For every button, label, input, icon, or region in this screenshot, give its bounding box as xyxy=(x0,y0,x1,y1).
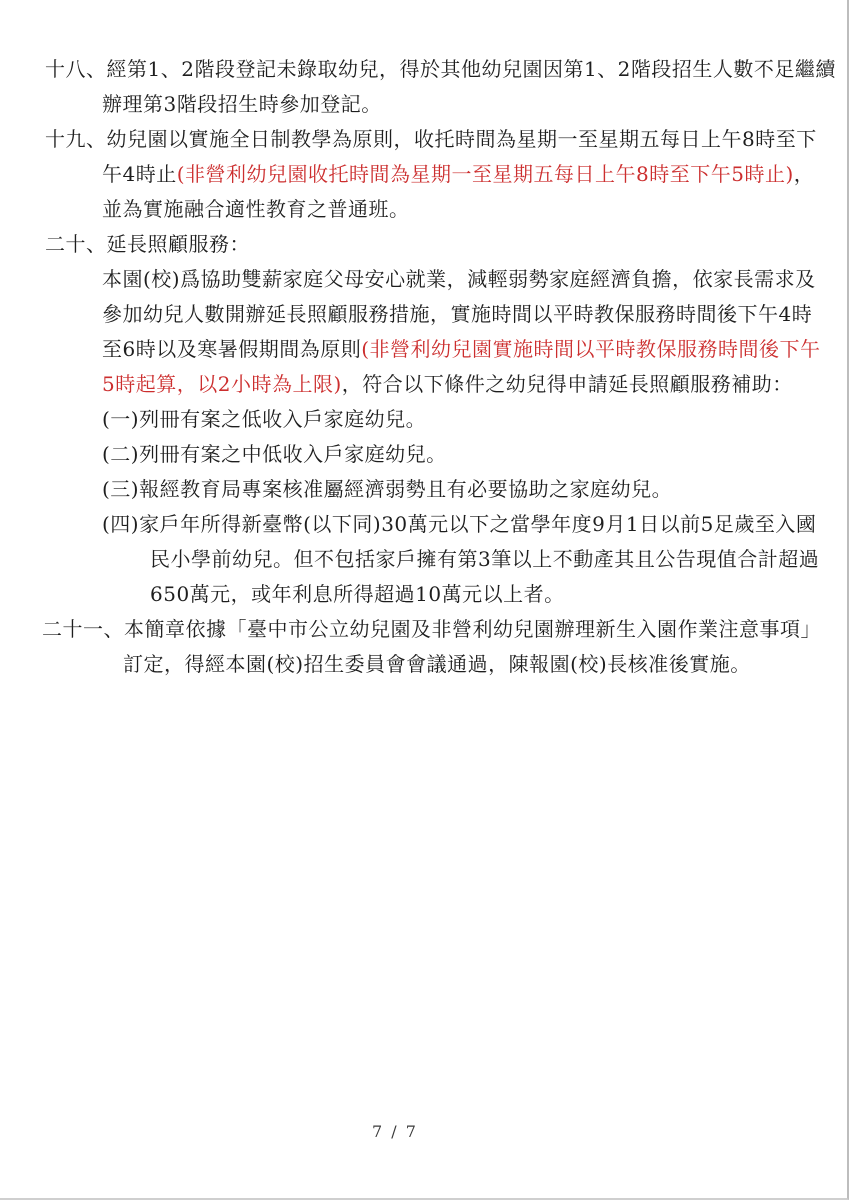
text-segment: ， xyxy=(794,162,815,186)
text-line-17: 二十一、本簡章依據「臺中市公立幼兒園及非營利幼兒園辦理新生入園作業注意事項」 xyxy=(42,612,849,647)
text-segment: (四)家戶年所得新臺幣(以下同)30萬元以下之當學年度9月1日以前5足歲至入國 xyxy=(102,512,816,536)
red-text-segment: (非營利幼兒園實施時間以平時教保服務時間後下午 xyxy=(361,337,820,361)
text-line-13: (三)報經教育局專案核准屬經濟弱勢且有必要協助之家庭幼兒。 xyxy=(102,472,849,507)
text-segment: 民小學前幼兒。但不包括家戶擁有第3筆以上不動產其且公告現值合計超過 xyxy=(150,547,819,571)
red-text-segment: 5時起算，以2小時為上限) xyxy=(102,372,342,396)
red-text-segment: (非營利幼兒園收托時間為星期一至星期五每日上午8時至下午5時止) xyxy=(177,162,794,186)
text-line-7: 本園(校)爲協助雙薪家庭父母安心就業，減輕弱勢家庭經濟負擔，依家長需求及 xyxy=(102,262,849,297)
text-segment: 十八、經第1、2階段登記未錄取幼兒，得於其他幼兒園因第1、2階段招生人數不足繼續 xyxy=(45,57,836,81)
text-segment: 參加幼兒人數開辦延長照顧服務措施，實施時間以平時教保服務時間後下午4時 xyxy=(102,302,812,326)
document-page: 十八、經第1、2階段登記未錄取幼兒，得於其他幼兒園因第1、2階段招生人數不足繼續… xyxy=(0,0,849,1200)
text-segment: (三)報經教育局專案核准屬經濟弱勢且有必要協助之家庭幼兒。 xyxy=(102,477,672,501)
text-segment: 並為實施融合適性教育之普通班。 xyxy=(102,197,410,221)
text-line-18: 訂定，得經本園(校)招生委員會會議通過，陳報園(校)長核准後實施。 xyxy=(123,647,849,682)
text-segment: (一)列冊有案之低收入戶家庭幼兒。 xyxy=(102,407,426,431)
text-segment: 二十一、本簡章依據「臺中市公立幼兒園及非營利幼兒園辦理新生入園作業注意事項」 xyxy=(42,617,821,641)
text-segment: 本園(校)爲協助雙薪家庭父母安心就業，減輕弱勢家庭經濟負擔，依家長需求及 xyxy=(102,267,816,291)
text-segment: (二)列冊有案之中低收入戶家庭幼兒。 xyxy=(102,442,447,466)
text-segment: 650萬元，或年利息所得超過10萬元以上者。 xyxy=(150,582,565,606)
text-segment: ，符合以下條件之幼兒得申請延長照顧服務補助： xyxy=(342,372,793,396)
text-line-6: 二十、延長照顧服務： xyxy=(45,227,849,262)
text-line-1: 十八、經第1、2階段登記未錄取幼兒，得於其他幼兒園因第1、2階段招生人數不足繼續 xyxy=(45,52,849,87)
text-line-8: 參加幼兒人數開辦延長照顧服務措施，實施時間以平時教保服務時間後下午4時 xyxy=(102,297,849,332)
text-line-15: 民小學前幼兒。但不包括家戶擁有第3筆以上不動產其且公告現值合計超過 xyxy=(150,542,849,577)
page-number: 7 / 7 xyxy=(0,1122,790,1141)
text-segment: 午4時止 xyxy=(102,162,177,186)
document-text-block: 十八、經第1、2階段登記未錄取幼兒，得於其他幼兒園因第1、2階段招生人數不足繼續… xyxy=(0,52,849,682)
text-line-11: (一)列冊有案之低收入戶家庭幼兒。 xyxy=(102,402,849,437)
text-line-3: 十九、幼兒園以實施全日制教學為原則，收托時間為星期一至星期五每日上午8時至下 xyxy=(45,122,849,157)
text-line-12: (二)列冊有案之中低收入戶家庭幼兒。 xyxy=(102,437,849,472)
text-segment: 二十、延長照顧服務： xyxy=(45,232,250,256)
text-line-2: 辦理第3階段招生時參加登記。 xyxy=(102,87,849,122)
text-line-5: 並為實施融合適性教育之普通班。 xyxy=(102,192,849,227)
text-line-10: 5時起算，以2小時為上限)，符合以下條件之幼兒得申請延長照顧服務補助： xyxy=(102,367,849,402)
text-segment: 至6時以及寒暑假期間為原則 xyxy=(102,337,361,361)
text-line-14: (四)家戶年所得新臺幣(以下同)30萬元以下之當學年度9月1日以前5足歲至入國 xyxy=(102,507,849,542)
text-line-16: 650萬元，或年利息所得超過10萬元以上者。 xyxy=(150,577,849,612)
text-line-9: 至6時以及寒暑假期間為原則(非營利幼兒園實施時間以平時教保服務時間後下午 xyxy=(102,332,849,367)
text-line-4: 午4時止(非營利幼兒園收托時間為星期一至星期五每日上午8時至下午5時止)， xyxy=(102,157,849,192)
text-segment: 十九、幼兒園以實施全日制教學為原則，收托時間為星期一至星期五每日上午8時至下 xyxy=(45,127,817,151)
text-segment: 訂定，得經本園(校)招生委員會會議通過，陳報園(校)長核准後實施。 xyxy=(123,652,751,676)
text-segment: 辦理第3階段招生時參加登記。 xyxy=(102,92,382,116)
